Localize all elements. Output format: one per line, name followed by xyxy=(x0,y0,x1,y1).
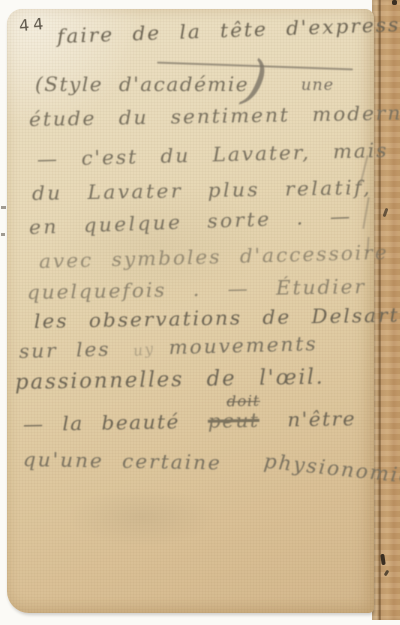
margin-tick xyxy=(1,206,6,209)
handwritten-line-6: en quelque sorte . — xyxy=(29,204,353,239)
handwritten-line-8: quelquefois . — Étudier xyxy=(27,274,366,304)
handwritten-line-3: étude du sentiment moderne xyxy=(29,100,400,131)
ink-speck xyxy=(383,208,389,217)
manuscript-page: 44 faire de la tête d'expression (Style … xyxy=(7,9,374,613)
line-12-start: — la beauté xyxy=(23,409,180,436)
handwritten-line-11: passionnelles de l'œil. xyxy=(15,365,325,394)
handwritten-line-13: qu'une certainephysionomie xyxy=(23,447,400,478)
handwritten-line-2: (Style d'académie xyxy=(35,72,249,96)
handwritten-line-9: les observations de Delsarte xyxy=(34,302,400,333)
line-10-start: sur les xyxy=(19,337,111,363)
handwritten-line-4: — c'est du Lavater, mais xyxy=(37,138,389,171)
paper-stain xyxy=(67,487,217,547)
handwritten-word-une: une xyxy=(301,75,334,94)
line-13-start: qu'une certaine xyxy=(23,447,222,474)
margin-tick xyxy=(1,233,5,236)
handwritten-line-1: faire de la tête d'expression xyxy=(57,11,400,48)
line-12-end: n'être xyxy=(287,406,356,431)
illegible-scribble: uy xyxy=(131,339,155,360)
margin-stroke xyxy=(362,197,370,229)
struck-out-word: peut xyxy=(208,408,260,433)
handwritten-line-7: avec symboles d'accessoire xyxy=(39,240,389,273)
line-13-end: physionomie xyxy=(263,449,400,489)
scanned-notebook-photo: 44 faire de la tête d'expression (Style … xyxy=(0,0,400,625)
ink-speck xyxy=(392,0,397,5)
handwritten-line-10: sur lesuymouvements xyxy=(19,331,318,363)
handwritten-line-5: du Lavater plus relatif, xyxy=(32,175,373,205)
line-10-end: mouvements xyxy=(168,331,318,359)
page-number: 44 xyxy=(18,14,48,35)
handwritten-line-12: — la beautépeutdoitn'être xyxy=(23,406,356,436)
ink-speck xyxy=(380,554,385,565)
superscript-correction: doit xyxy=(226,392,260,411)
ink-speck xyxy=(384,570,390,577)
